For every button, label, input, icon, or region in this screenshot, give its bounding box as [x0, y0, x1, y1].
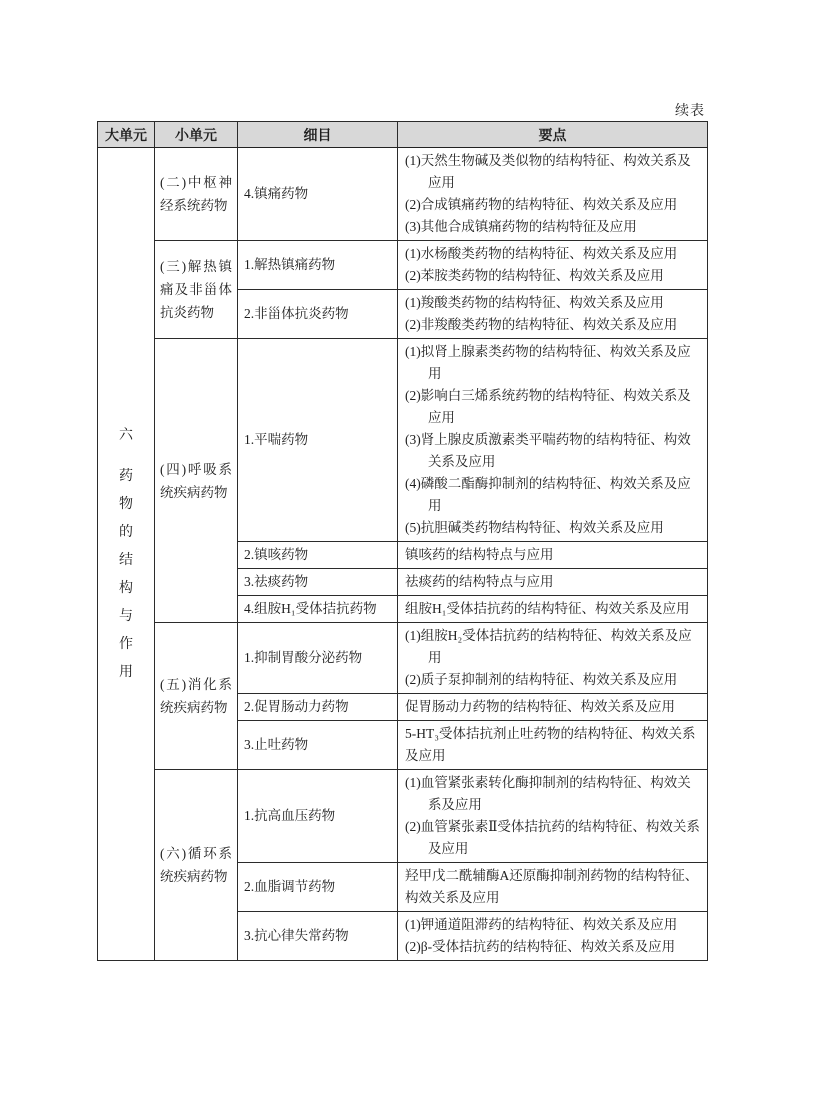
point-item: (1)天然生物碱及类似物的结构特征、构效关系及应用: [405, 150, 701, 194]
point-item: (2)非羧酸类药物的结构特征、构效关系及应用: [405, 314, 701, 336]
major-unit-number: 六: [100, 422, 152, 450]
point-item: (2)合成镇痛药物的结构特征、构效关系及应用: [405, 194, 701, 216]
column-header-major-unit: 大单元: [98, 122, 155, 148]
points-cell: 镇咳药的结构特点与应用: [398, 542, 708, 569]
points-cell: 5-HT₃受体拮抗剂止吐药物的结构特征、构效关系及应用: [398, 721, 708, 770]
minor-unit-cell: (六)循环系统疾病药物: [155, 770, 238, 961]
detail-cell: 2.血脂调节药物: [238, 863, 398, 912]
table-row: (三)解热镇痛及非甾体抗炎药物1.解热镇痛药物(1)水杨酸类药物的结构特征、构效…: [98, 241, 708, 290]
major-unit-char: 构: [100, 575, 152, 603]
column-header-points: 要点: [398, 122, 708, 148]
major-unit-cell: 六药物的结构与作用: [98, 148, 155, 961]
point-item: 羟甲戊二酰辅酶A还原酶抑制剂药物的结构特征、构效关系及应用: [405, 865, 701, 909]
point-item: (1)水杨酸类药物的结构特征、构效关系及应用: [405, 243, 701, 265]
column-header-detail: 细目: [238, 122, 398, 148]
detail-cell: 1.平喘药物: [238, 339, 398, 542]
table-row: (四)呼吸系统疾病药物1.平喘药物(1)拟肾上腺素类药物的结构特征、构效关系及应…: [98, 339, 708, 542]
major-unit-char: 结: [100, 547, 152, 575]
point-item: (2)苯胺类药物的结构特征、构效关系及应用: [405, 265, 701, 287]
point-item: (2)血管紧张素Ⅱ受体拮抗药的结构特征、构效关系及应用: [405, 816, 701, 860]
detail-cell: 3.抗心律失常药物: [238, 912, 398, 961]
point-item: (3)肾上腺皮质激素类平喘药物的结构特征、构效关系及应用: [405, 429, 701, 473]
minor-unit-cell: (四)呼吸系统疾病药物: [155, 339, 238, 623]
detail-cell: 1.抑制胃酸分泌药物: [238, 623, 398, 694]
point-item: (2)影响白三烯系统药物的结构特征、构效关系及应用: [405, 385, 701, 429]
syllabus-table: 大单元 小单元 细目 要点 六药物的结构与作用(二)中枢神经系统药物4.镇痛药物…: [97, 121, 708, 961]
detail-cell: 3.祛痰药物: [238, 569, 398, 596]
points-cell: (1)羧酸类药物的结构特征、构效关系及应用(2)非羧酸类药物的结构特征、构效关系…: [398, 290, 708, 339]
point-item: (3)其他合成镇痛药物的结构特征及应用: [405, 216, 701, 238]
point-item: 祛痰药的结构特点与应用: [405, 571, 701, 593]
point-item: (4)磷酸二酯酶抑制剂的结构特征、构效关系及应用: [405, 473, 701, 517]
minor-unit-cell: (三)解热镇痛及非甾体抗炎药物: [155, 241, 238, 339]
points-cell: (1)水杨酸类药物的结构特征、构效关系及应用(2)苯胺类药物的结构特征、构效关系…: [398, 241, 708, 290]
point-item: (1)血管紧张素转化酶抑制剂的结构特征、构效关系及应用: [405, 772, 701, 816]
points-cell: 祛痰药的结构特点与应用: [398, 569, 708, 596]
points-cell: (1)组胺H₂受体拮抗药的结构特征、构效关系及应用(2)质子泵抑制剂的结构特征、…: [398, 623, 708, 694]
table-row: (五)消化系统疾病药物1.抑制胃酸分泌药物(1)组胺H₂受体拮抗药的结构特征、构…: [98, 623, 708, 694]
header-row: 大单元 小单元 细目 要点: [98, 122, 708, 148]
points-cell: 羟甲戊二酰辅酶A还原酶抑制剂药物的结构特征、构效关系及应用: [398, 863, 708, 912]
table-row: (六)循环系统疾病药物1.抗高血压药物(1)血管紧张素转化酶抑制剂的结构特征、构…: [98, 770, 708, 863]
detail-cell: 1.解热镇痛药物: [238, 241, 398, 290]
points-cell: (1)拟肾上腺素类药物的结构特征、构效关系及应用(2)影响白三烯系统药物的结构特…: [398, 339, 708, 542]
point-item: (1)钾通道阻滞药的结构特征、构效关系及应用: [405, 914, 701, 936]
minor-unit-cell: (五)消化系统疾病药物: [155, 623, 238, 770]
point-item: (1)组胺H₂受体拮抗药的结构特征、构效关系及应用: [405, 625, 701, 669]
continued-table-label: 续表: [675, 100, 705, 120]
points-cell: 促胃肠动力药物的结构特征、构效关系及应用: [398, 694, 708, 721]
table-row: 六药物的结构与作用(二)中枢神经系统药物4.镇痛药物(1)天然生物碱及类似物的结…: [98, 148, 708, 241]
detail-cell: 2.非甾体抗炎药物: [238, 290, 398, 339]
detail-cell: 3.止吐药物: [238, 721, 398, 770]
point-item: (1)拟肾上腺素类药物的结构特征、构效关系及应用: [405, 341, 701, 385]
detail-cell: 2.镇咳药物: [238, 542, 398, 569]
major-unit-char: 物: [100, 491, 152, 519]
syllabus-table-container: 大单元 小单元 细目 要点 六药物的结构与作用(二)中枢神经系统药物4.镇痛药物…: [97, 121, 707, 961]
point-item: 组胺H₁受体拮抗药的结构特征、构效关系及应用: [405, 598, 701, 620]
document-page: 续表 大单元 小单元 细目 要点 六药物的结构与作用(二)中枢神经系统药物4.镇…: [0, 0, 816, 1100]
points-cell: (1)天然生物碱及类似物的结构特征、构效关系及应用(2)合成镇痛药物的结构特征、…: [398, 148, 708, 241]
points-cell: (1)血管紧张素转化酶抑制剂的结构特征、构效关系及应用(2)血管紧张素Ⅱ受体拮抗…: [398, 770, 708, 863]
point-item: 镇咳药的结构特点与应用: [405, 544, 701, 566]
point-item: (2)β-受体拮抗药的结构特征、构效关系及应用: [405, 936, 701, 958]
point-item: (2)质子泵抑制剂的结构特征、构效关系及应用: [405, 669, 701, 691]
major-unit-char: 作: [100, 631, 152, 659]
detail-cell: 2.促胃肠动力药物: [238, 694, 398, 721]
column-header-minor-unit: 小单元: [155, 122, 238, 148]
point-item: 促胃肠动力药物的结构特征、构效关系及应用: [405, 696, 701, 718]
major-unit-char: 用: [100, 659, 152, 687]
detail-cell: 4.镇痛药物: [238, 148, 398, 241]
major-unit-char: 的: [100, 519, 152, 547]
point-item: 5-HT₃受体拮抗剂止吐药物的结构特征、构效关系及应用: [405, 723, 701, 767]
minor-unit-cell: (二)中枢神经系统药物: [155, 148, 238, 241]
point-item: (5)抗胆碱类药物结构特征、构效关系及应用: [405, 517, 701, 539]
major-unit-char: 药: [100, 463, 152, 491]
points-cell: (1)钾通道阻滞药的结构特征、构效关系及应用(2)β-受体拮抗药的结构特征、构效…: [398, 912, 708, 961]
major-unit-char: 与: [100, 603, 152, 631]
detail-cell: 4.组胺H₁受体拮抗药物: [238, 596, 398, 623]
detail-cell: 1.抗高血压药物: [238, 770, 398, 863]
point-item: (1)羧酸类药物的结构特征、构效关系及应用: [405, 292, 701, 314]
table-body: 六药物的结构与作用(二)中枢神经系统药物4.镇痛药物(1)天然生物碱及类似物的结…: [98, 148, 708, 961]
points-cell: 组胺H₁受体拮抗药的结构特征、构效关系及应用: [398, 596, 708, 623]
